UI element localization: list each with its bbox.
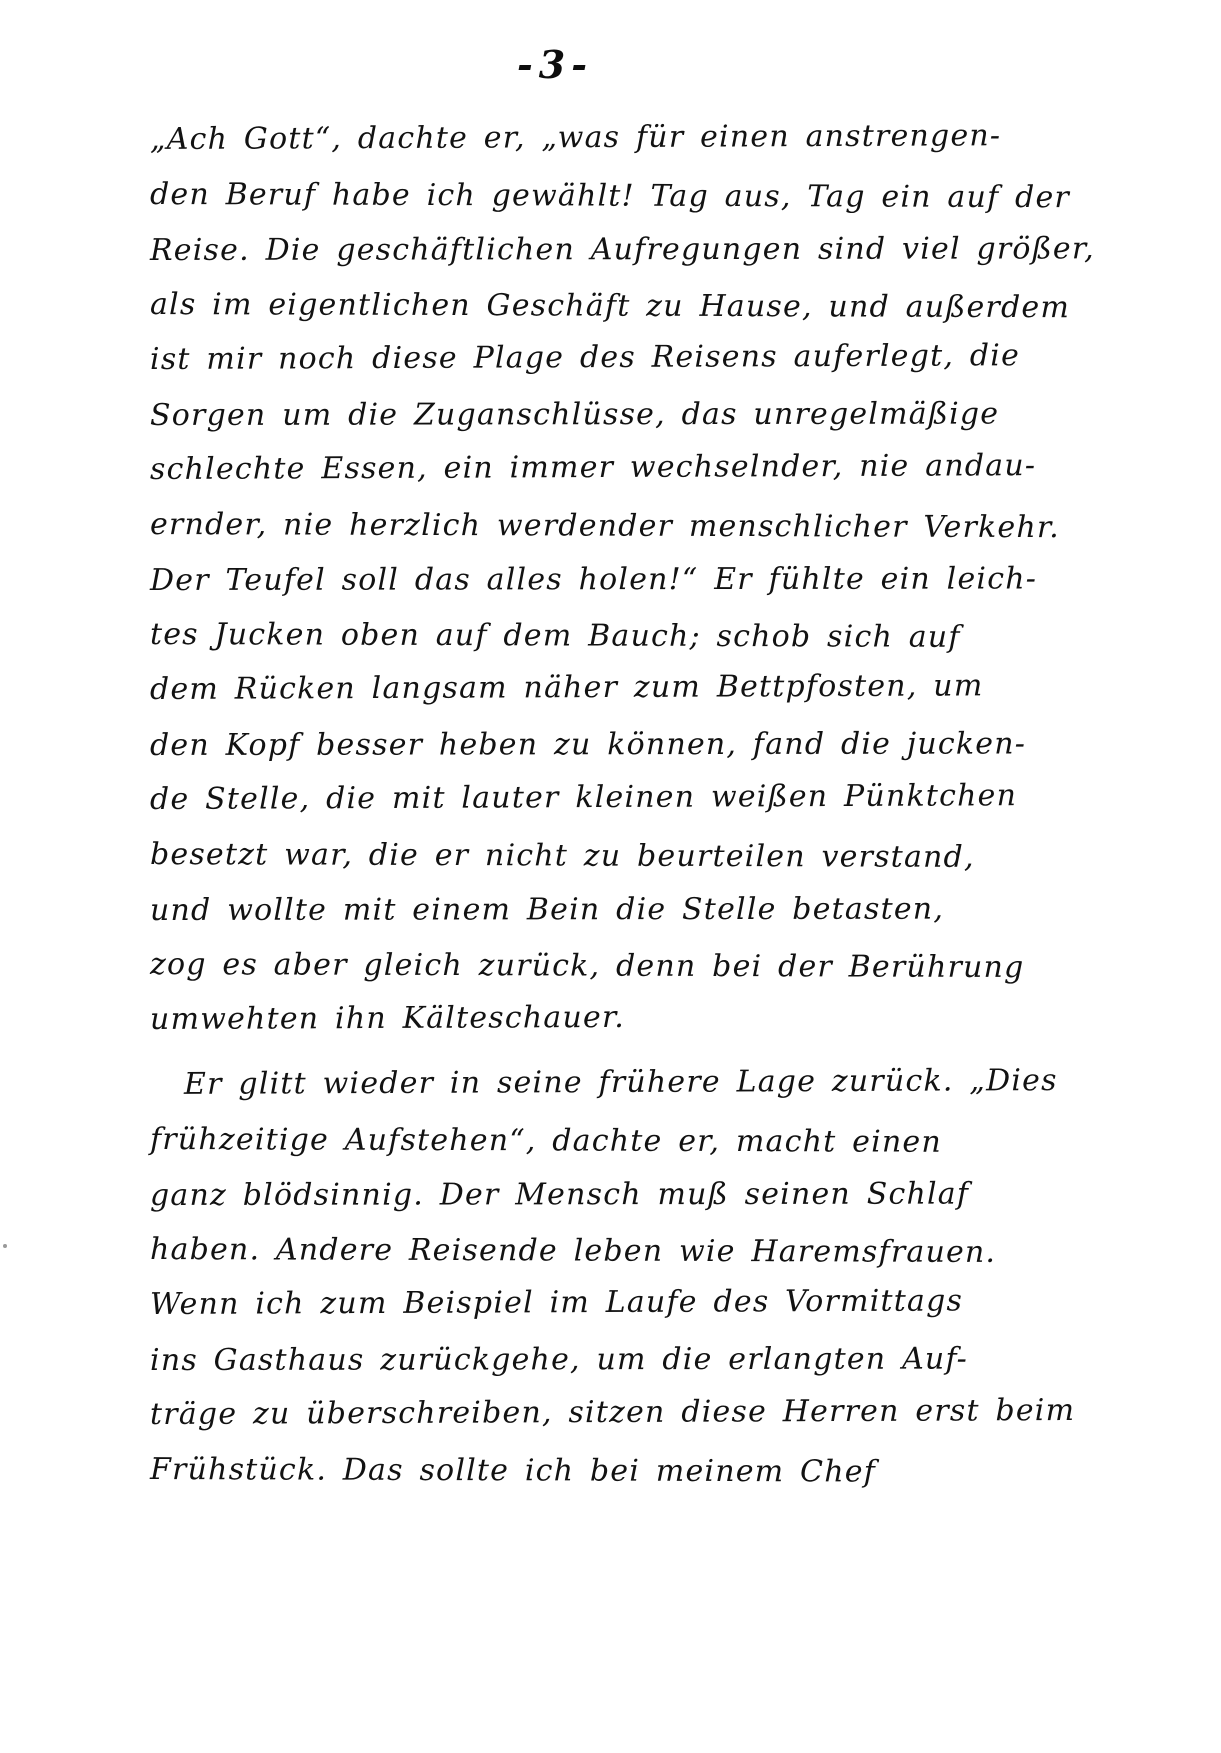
handwritten-line: besetzt war, die er nicht zu beurteilen …: [150, 827, 1090, 885]
handwritten-line: und wollte mit einem Bein die Stelle bet…: [150, 881, 1090, 938]
handwritten-line: de Stelle, die mit lauter kleinen weißen…: [150, 768, 1090, 827]
handwritten-line: Wenn ich zum Beispiel im Laufe des Vormi…: [150, 1273, 1090, 1332]
handwritten-text-block: „Ach Gott“, dachte er, „was für einen an…: [150, 112, 1090, 1497]
handwritten-line: Sorgen um die Zuganschlüsse, das unregel…: [150, 386, 1090, 443]
handwritten-line: tes Jucken oben auf dem Bauch; schob sic…: [150, 607, 1090, 665]
handwritten-line: dem Rücken langsam näher zum Bettpfosten…: [150, 658, 1090, 717]
page-number: -3-: [0, 42, 1110, 87]
handwritten-line: ganz blödsinnig. Der Mensch muß seinen S…: [150, 1166, 1090, 1223]
paragraph-1: „Ach Gott“, dachte er, „was für einen an…: [150, 112, 1090, 1047]
handwritten-line: ernder, nie herzlich werdender menschlic…: [150, 497, 1090, 555]
handwritten-line: Frühstück. Das sollte ich bei meinem Che…: [150, 1442, 1090, 1500]
scan-speck: [3, 1244, 7, 1248]
handwritten-line: ins Gasthaus zurückgehe, um die erlangte…: [150, 1331, 1090, 1388]
handwritten-line: Der Teufel soll das alles holen!“ Er füh…: [150, 551, 1090, 608]
handwritten-line: „Ach Gott“, dachte er, „was für einen an…: [150, 108, 1090, 167]
handwritten-line: haben. Andere Reisende leben wie Haremsf…: [150, 1222, 1090, 1280]
handwritten-line: als im eigentlichen Geschäft zu Hause, u…: [150, 277, 1090, 335]
handwritten-line: den Beruf habe ich gewählt! Tag aus, Tag…: [150, 167, 1090, 225]
handwritten-line: frühzeitige Aufstehen“, dachte er, macht…: [150, 1112, 1090, 1170]
handwritten-line: umwehten ihn Kälteschauer.: [150, 988, 1090, 1047]
manuscript-page: -3- „Ach Gott“, dachte er, „was für eine…: [0, 0, 1221, 1753]
handwritten-line: Er glitt wieder in seine frühere Lage zu…: [150, 1053, 1090, 1112]
handwritten-line: zog es aber gleich zurück, denn bei der …: [150, 937, 1090, 995]
handwritten-line: träge zu überschreiben, sitzen diese Her…: [150, 1383, 1090, 1442]
handwritten-line: Reise. Die geschäftlichen Aufregungen si…: [150, 221, 1090, 278]
paragraph-2: Er glitt wieder in seine frühere Lage zu…: [150, 1057, 1090, 1497]
handwritten-line: den Kopf besser heben zu können, fand di…: [150, 716, 1090, 773]
handwritten-line: ist mir noch diese Plage des Reisens auf…: [150, 328, 1090, 387]
handwritten-line: schlechte Essen, ein immer wechselnder, …: [150, 438, 1090, 497]
